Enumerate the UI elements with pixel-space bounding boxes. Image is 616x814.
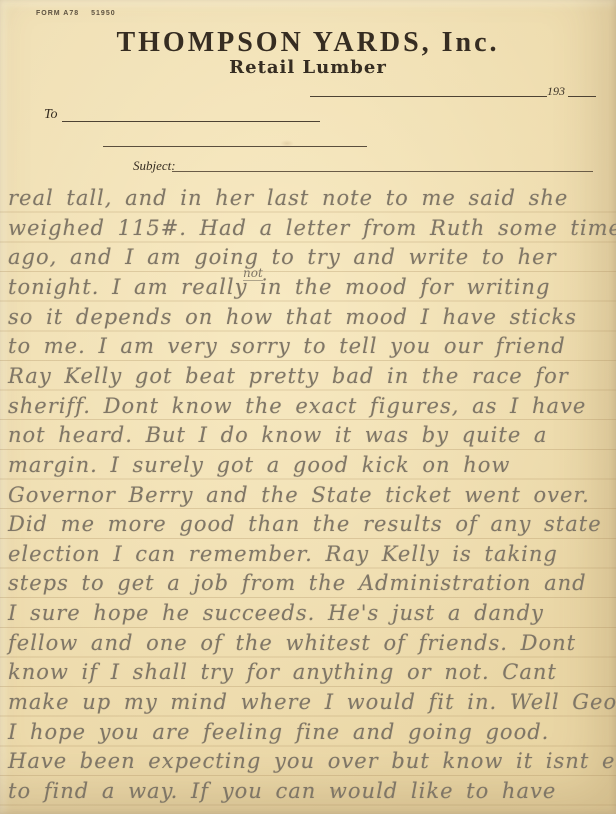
handwritten-line: to find a way. If you can would like to … [8, 779, 612, 803]
handwritten-line: not heard. But I do know it was by quite… [8, 423, 612, 447]
handwritten-line: steps to get a job from the Administrati… [8, 571, 612, 595]
handwritten-line: margin. I surely got a good kick on how [8, 453, 612, 477]
handwritten-line: I hope you are feeling fine and going go… [8, 720, 612, 744]
handwritten-line: Have been expecting you over but know it… [8, 749, 612, 773]
handwritten-line: know if I shall try for anything or not.… [8, 660, 612, 684]
handwritten-line: Governor Berry and the State ticket went… [8, 483, 612, 507]
handwritten-line: to me. I am very sorry to tell you our f… [8, 334, 612, 358]
handwritten-line: weighed 115#. Had a letter from Ruth som… [8, 216, 612, 240]
handwritten-line: I sure hope he succeeds. He's just a dan… [8, 601, 612, 625]
handwritten-line: election I can remember. Ray Kelly is ta… [8, 542, 612, 566]
handwriting: real tall, and in her last note to me sa… [0, 0, 616, 814]
handwritten-line: tonight. I am really in the mood for wri… [8, 275, 612, 299]
handwritten-line: Did me more good than the results of any… [8, 512, 612, 536]
handwritten-line: ago, and I am going to try and write to … [8, 245, 612, 269]
inserted-word-above-line: not [243, 266, 263, 281]
handwritten-line: real tall, and in her last note to me sa… [8, 186, 612, 210]
handwritten-line: make up my mind where I would fit in. We… [8, 690, 612, 714]
handwritten-line: Ray Kelly got beat pretty bad in the rac… [8, 364, 612, 388]
handwritten-line: sheriff. Dont know the exact figures, as… [8, 394, 612, 418]
handwritten-line: fellow and one of the whitest of friends… [8, 631, 612, 655]
handwritten-line: so it depends on how that mood I have st… [8, 305, 612, 329]
